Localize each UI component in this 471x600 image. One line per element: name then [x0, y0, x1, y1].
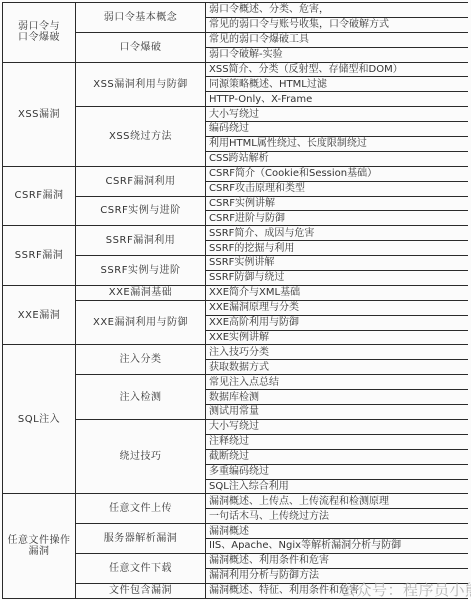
topic-cell: 弱口令破解-实验 — [206, 47, 468, 62]
subcategory-cell: SSRF实例与进阶 — [76, 256, 206, 286]
topic-cell: HTTP-Only、X-Frame — [206, 92, 468, 107]
topic-cell: 漏洞概述、利用条件和危害 — [206, 553, 468, 568]
topic-cell: IIS、Apache、Ngix等解析漏洞分析与防御 — [206, 539, 468, 554]
topic-cell: XXE高阶利用与防御 — [206, 315, 468, 330]
subcategory-cell: 服务器解析漏洞 — [76, 524, 206, 554]
topic-cell: 常见注入点总结 — [206, 375, 468, 390]
topic-cell: CSRF进阶与防御 — [206, 211, 468, 226]
subcategory-cell: 弱口令基本概念 — [76, 3, 206, 33]
topic-cell: 注入技巧分类 — [206, 345, 468, 360]
topic-cell: 大小写绕过 — [206, 107, 468, 122]
subcategory-cell: 注入检测 — [76, 375, 206, 420]
table-row: XXE漏洞XXE漏洞基础XXE简介与XML基础 — [3, 285, 468, 300]
topic-cell: 漏洞概述、上传点、上传流程和检测原理 — [206, 494, 468, 509]
topic-cell: 一句话木马、上传绕过方法 — [206, 509, 468, 524]
subcategory-cell: 任意文件上传 — [76, 494, 206, 524]
table-row: 任意文件操作 漏洞任意文件上传漏洞概述、上传点、上传流程和检测原理 — [3, 494, 468, 509]
topic-cell: 截断绕过 — [206, 449, 468, 464]
topic-cell: SSRF防御与绕过 — [206, 271, 468, 286]
topic-cell: 常见的弱口令与账号收集，口令破解方式 — [206, 17, 468, 32]
topic-cell: SSRF的挖掘与利用 — [206, 241, 468, 256]
topic-cell: XXE漏洞原理与分类 — [206, 300, 468, 315]
topic-cell: 多重编码绕过 — [206, 464, 468, 479]
subcategory-cell: SSRF漏洞利用 — [76, 226, 206, 256]
topic-cell: 漏洞概述、特征、利用条件和危害 — [206, 583, 468, 598]
topic-cell: 同源策略概述、HTML过滤 — [206, 77, 468, 92]
topic-cell: 大小写绕过 — [206, 419, 468, 434]
table-row: XSS漏洞XSS漏洞利用与防御XSS简介、分类（反射型、存储型和DOM） — [3, 62, 468, 77]
topic-cell: 漏洞概述 — [206, 524, 468, 539]
topic-cell: SQL注入综合利用 — [206, 479, 468, 494]
subcategory-cell: XSS漏洞利用与防御 — [76, 62, 206, 107]
topic-cell: 测试用常量 — [206, 405, 468, 420]
topic-cell: 注释绕过 — [206, 434, 468, 449]
topic-cell: CSS跨站解析 — [206, 151, 468, 166]
topic-cell: 弱口令概述、分类、危害， — [206, 3, 468, 18]
subcategory-cell: 文件包含漏洞 — [76, 583, 206, 598]
group-cell: 弱口令与 口令爆破 — [3, 3, 76, 63]
curriculum-table-body: 弱口令与 口令爆破弱口令基本概念弱口令概述、分类、危害，常见的弱口令与账号收集，… — [3, 3, 468, 599]
topic-cell: XXE实例讲解 — [206, 330, 468, 345]
group-cell: 任意文件操作 漏洞 — [3, 494, 76, 598]
security-curriculum-screenshot: 弱口令与 口令爆破弱口令基本概念弱口令概述、分类、危害，常见的弱口令与账号收集，… — [0, 0, 471, 600]
topic-cell: 编码绕过 — [206, 122, 468, 137]
subcategory-cell: 任意文件下载 — [76, 553, 206, 583]
topic-cell: 利用HTML属性绕过、长度限制绕过 — [206, 137, 468, 152]
security-curriculum-table: 弱口令与 口令爆破弱口令基本概念弱口令概述、分类、危害，常见的弱口令与账号收集，… — [2, 2, 468, 599]
group-cell: SSRF漏洞 — [3, 226, 76, 286]
topic-cell: CSRF简介（Cookie和Session基础） — [206, 166, 468, 181]
topic-cell: SSRF简介、成因与危害 — [206, 226, 468, 241]
topic-cell: XSS简介、分类（反射型、存储型和DOM） — [206, 62, 468, 77]
topic-cell: CSRF实例讲解 — [206, 196, 468, 211]
table-row: 弱口令与 口令爆破弱口令基本概念弱口令概述、分类、危害， — [3, 3, 468, 18]
subcategory-cell: XXE漏洞利用与防御 — [76, 300, 206, 345]
subcategory-cell: XSS绕过方法 — [76, 107, 206, 167]
table-row: SQL注入注入分类注入技巧分类 — [3, 345, 468, 360]
group-cell: XSS漏洞 — [3, 62, 76, 166]
topic-cell: 数据库检测 — [206, 390, 468, 405]
group-cell: XXE漏洞 — [3, 285, 76, 345]
group-cell: CSRF漏洞 — [3, 166, 76, 226]
table-row: SSRF漏洞SSRF漏洞利用SSRF简介、成因与危害 — [3, 226, 468, 241]
subcategory-cell: 绕过技巧 — [76, 419, 206, 493]
topic-cell: SSRF实例讲解 — [206, 256, 468, 271]
subcategory-cell: CSRF漏洞利用 — [76, 166, 206, 196]
topic-cell: 常见的弱口令爆破工具 — [206, 32, 468, 47]
topic-cell: 漏洞利用分析与防御方法 — [206, 568, 468, 583]
group-cell: SQL注入 — [3, 345, 76, 494]
subcategory-cell: 口令爆破 — [76, 32, 206, 62]
topic-cell: CSRF攻击原理和类型 — [206, 181, 468, 196]
subcategory-cell: CSRF实例与进阶 — [76, 196, 206, 226]
table-row: CSRF漏洞CSRF漏洞利用CSRF简介（Cookie和Session基础） — [3, 166, 468, 181]
topic-cell: XXE简介与XML基础 — [206, 285, 468, 300]
subcategory-cell: XXE漏洞基础 — [76, 285, 206, 300]
subcategory-cell: 注入分类 — [76, 345, 206, 375]
topic-cell: 获取数据方式 — [206, 360, 468, 375]
